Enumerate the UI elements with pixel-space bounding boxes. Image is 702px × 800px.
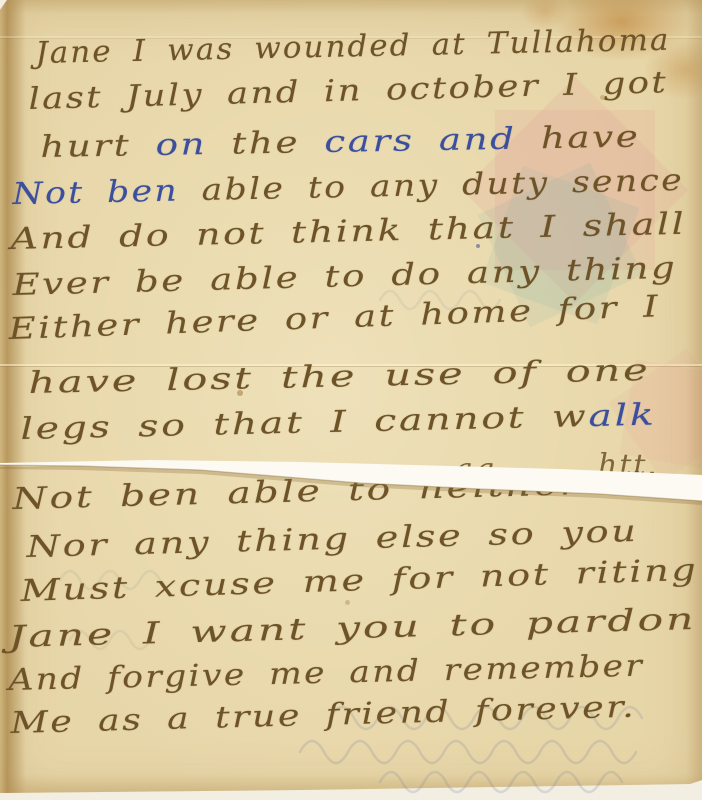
ink-segment: hurt [40, 128, 156, 165]
ink-segment: alk [588, 398, 657, 435]
torn-fragment: ag [455, 452, 496, 487]
ink-segment: on [155, 127, 207, 163]
ink-segment: Not ben [12, 174, 179, 212]
ink-segment: have [516, 120, 640, 157]
scanned-letter-photo: Jane I was wounded at Tullahomalast July… [0, 0, 702, 800]
ink-segment: the [207, 125, 325, 162]
torn-fragment: htt [598, 448, 647, 483]
ink-segment: cars and [324, 122, 517, 160]
